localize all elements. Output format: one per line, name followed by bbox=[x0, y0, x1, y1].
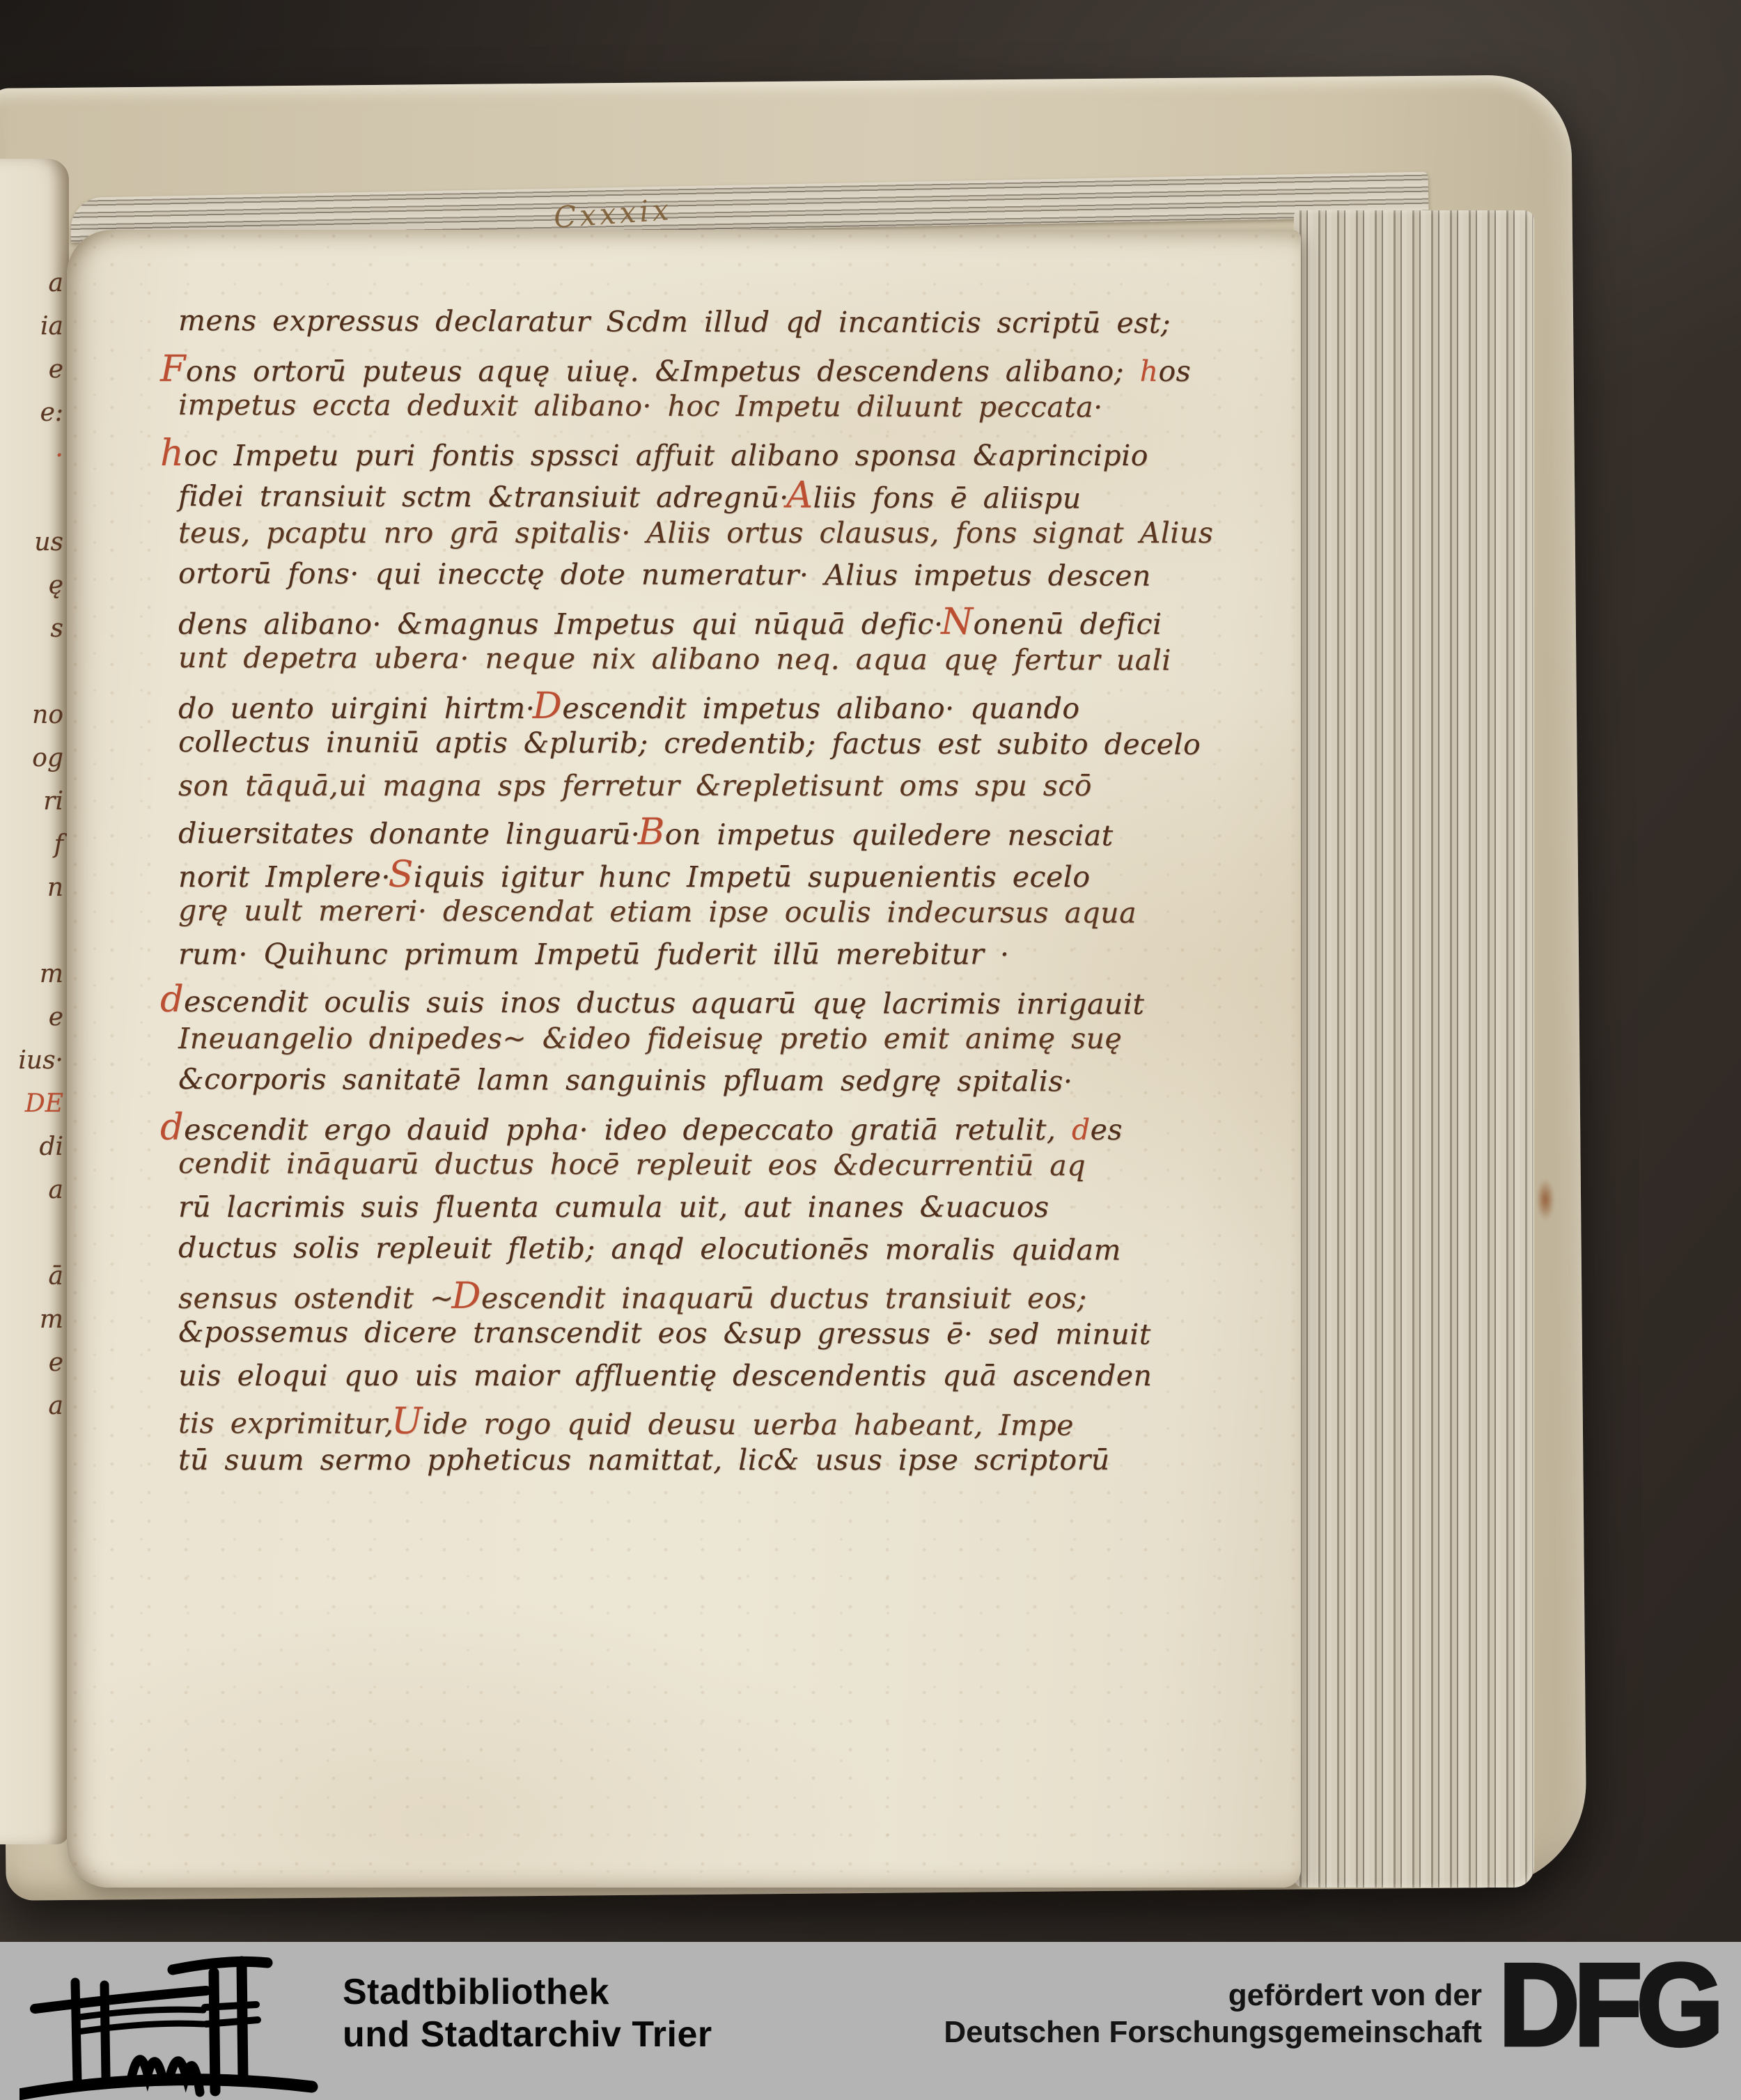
porta-nigra-logo bbox=[19, 1946, 347, 2100]
manuscript-line: son tāquā,ui magna sps ferretur &repleti… bbox=[178, 769, 1237, 811]
ink-text: escendit inaquarū ductus transiuit eos; bbox=[481, 1282, 1087, 1315]
left-page-fragment bbox=[0, 911, 63, 954]
funding-line2: Deutschen Forschungsgemeinschaft bbox=[944, 2014, 1482, 2051]
manuscript-line: descendit ergo dauid ppha· ideo depeccat… bbox=[178, 1106, 1237, 1149]
rubricated-text: B bbox=[638, 811, 665, 853]
left-page-fragment: n bbox=[0, 868, 63, 911]
manuscript-line: Fons ortorū puteus aquę uiuę. &Impetus d… bbox=[178, 348, 1237, 390]
ink-text: norit Implere· bbox=[178, 860, 406, 894]
manuscript-line: collectus inuniū aptis &plurib; credenti… bbox=[178, 725, 1237, 770]
credit-banner: Stadtbibliothek und Stadtarchiv Trier ge… bbox=[0, 1942, 1741, 2100]
left-page-fragment: ā bbox=[0, 1257, 63, 1300]
left-page-fragment: a bbox=[0, 1386, 63, 1429]
manuscript-line: do uento uirgini hirtm· Descendit impetu… bbox=[178, 685, 1237, 727]
rubricated-text: U bbox=[391, 1400, 423, 1442]
funding-credit: gefördert von der Deutschen Forschungsge… bbox=[944, 1977, 1482, 2051]
ink-text: oc Impetu puri fontis spssci affuit alib… bbox=[184, 439, 1148, 472]
ink-text: os bbox=[1158, 355, 1191, 388]
manuscript-text: mens expressus declaratur Scdm illud qd … bbox=[178, 305, 1237, 1485]
manuscript-line: uis eloqui quo uis maior affluentię desc… bbox=[178, 1359, 1237, 1401]
ink-text: collectus inuniū aptis &plurib; credenti… bbox=[178, 725, 1201, 761]
funding-line1: gefördert von der bbox=[944, 1977, 1482, 2014]
left-page-fragment: DE bbox=[0, 1084, 63, 1127]
ink-text: rum· Quihunc primum Impetū fuderit illū … bbox=[178, 938, 1009, 971]
rubricated-text: d bbox=[160, 978, 184, 1020]
manuscript-page: mens expressus declaratur Scdm illud qd … bbox=[67, 230, 1301, 1888]
manuscript-line: tis exprimitur, Uide rogo quid deusu uer… bbox=[178, 1399, 1237, 1444]
rubricated-text: N bbox=[941, 600, 973, 643]
ink-text: mens expressus declaratur Scdm illud qd … bbox=[178, 304, 1171, 340]
rubricated-text: d bbox=[1072, 1113, 1091, 1146]
manuscript-line: descendit oculis suis inos ductus aquarū… bbox=[178, 978, 1237, 1022]
library-name-line1: Stadtbibliothek bbox=[343, 1971, 712, 2014]
left-page-fragment: no bbox=[0, 695, 63, 738]
manuscript-line: tū suum sermo ppheticus namittat, lic& u… bbox=[178, 1443, 1237, 1486]
left-page-fragment: f bbox=[0, 825, 63, 868]
left-page-fragment: ę bbox=[0, 566, 63, 609]
left-page-fragment bbox=[0, 652, 63, 695]
ink-text: ons ortorū puteus aquę uiuę. &Impetus de… bbox=[186, 355, 1140, 388]
manuscript-line: fidei transiuit sctm &transiuit adregnū·… bbox=[178, 472, 1237, 517]
ink-text: es bbox=[1091, 1113, 1123, 1146]
ink-text: tis exprimitur, bbox=[178, 1406, 409, 1440]
left-page-fragment: e bbox=[0, 1343, 63, 1386]
manuscript-line: rum· Quihunc primum Impetū fuderit illū … bbox=[178, 938, 1237, 980]
left-page-fragment: e bbox=[0, 997, 63, 1041]
left-page-fragment bbox=[0, 479, 63, 522]
left-page-fragment: a bbox=[0, 1170, 63, 1213]
ink-text: escendit impetus alibano· quando bbox=[562, 692, 1079, 725]
rubricated-text: D bbox=[533, 685, 563, 727]
digitized-manuscript-photo: aiaee:·usęsnoogrifnmeius·DEdiaāmea mens … bbox=[0, 0, 1741, 2100]
ink-text: escendit ergo dauid ppha· ideo depeccato… bbox=[184, 1113, 1072, 1146]
ink-text: onenū defici bbox=[973, 607, 1162, 641]
ink-text: cendit ināquarū ductus hocē repleuit eos… bbox=[178, 1146, 1086, 1182]
left-page-fragment bbox=[0, 1213, 63, 1257]
ink-text: impetus eccta deduxit alibano· hoc Impet… bbox=[178, 388, 1103, 423]
ink-text: diuersitates donante linguarū· bbox=[178, 816, 656, 851]
manuscript-line: sensus ostendit ~ Descendit inaquarū duc… bbox=[178, 1275, 1237, 1317]
left-page-fragment: ia bbox=[0, 306, 63, 350]
cover-stain bbox=[1536, 1179, 1555, 1220]
ink-text: tū suum sermo ppheticus namittat, lic& u… bbox=[178, 1443, 1110, 1477]
library-name-line2: und Stadtarchiv Trier bbox=[343, 2014, 712, 2056]
ink-text: teus, pcaptu nro grā spitalis· Aliis ort… bbox=[178, 516, 1213, 550]
ink-text: liis fons ē aliispu bbox=[813, 481, 1082, 515]
left-page-fragment: m bbox=[0, 954, 63, 997]
library-name: Stadtbibliothek und Stadtarchiv Trier bbox=[343, 1971, 712, 2056]
rubricated-text: A bbox=[786, 474, 813, 516]
ink-text: rū lacrimis suis fluenta cumula uit, aut… bbox=[178, 1190, 1049, 1224]
ink-text: ortorū fons· qui inecctę dote numeratur·… bbox=[178, 557, 1151, 593]
manuscript-line: unt depetra ubera· neque nix alibano neq… bbox=[178, 641, 1237, 685]
ink-text: son tāquā,ui magna sps ferretur &repleti… bbox=[178, 769, 1092, 802]
ink-text: escendit oculis suis inos ductus aquarū … bbox=[184, 985, 1144, 1021]
ink-text: iquis igitur hunc Impetū supuenientis ec… bbox=[414, 860, 1091, 894]
manuscript-line: grę uult mereri· descendat etiam ipse oc… bbox=[178, 894, 1237, 938]
manuscript-line: impetus eccta deduxit alibano· hoc Impet… bbox=[178, 388, 1237, 433]
dfg-logo: DFG bbox=[1499, 1952, 1726, 2063]
rubricated-text: S bbox=[388, 853, 413, 896]
ink-text: &corporis sanitatē lamn sanguinis pfluam… bbox=[178, 1062, 1072, 1098]
rubricated-text: h bbox=[160, 432, 184, 474]
manuscript-line: Ineuangelio dnipedes~ &ideo fideisuę pre… bbox=[178, 1022, 1237, 1064]
ink-text: dens alibano· &magnus Impetus qui nūquā … bbox=[178, 607, 959, 641]
ink-text: ide rogo quid deusu uerba habeant, Impe bbox=[423, 1407, 1074, 1442]
left-page-fragment: us bbox=[0, 522, 63, 566]
rubricated-text: D bbox=[451, 1275, 481, 1317]
manuscript-line: ductus solis repleuit fletib; anqd elocu… bbox=[178, 1231, 1237, 1275]
ink-text: grę uult mereri· descendat etiam ipse oc… bbox=[178, 894, 1137, 930]
left-page-fragment: a bbox=[0, 263, 63, 306]
manuscript-line: dens alibano· &magnus Impetus qui nūquā … bbox=[178, 600, 1237, 643]
manuscript-line: cendit ināquarū ductus hocē repleuit eos… bbox=[178, 1146, 1237, 1191]
manuscript-line: hoc Impetu puri fontis spssci affuit ali… bbox=[178, 432, 1237, 474]
manuscript-line: ortorū fons· qui inecctę dote numeratur·… bbox=[178, 557, 1237, 601]
ink-text: on impetus quiledere nesciat bbox=[665, 818, 1114, 853]
ink-text: uis eloqui quo uis maior affluentię desc… bbox=[178, 1359, 1152, 1392]
left-page-fragment: di bbox=[0, 1127, 63, 1170]
ink-text: unt depetra ubera· neque nix alibano neq… bbox=[178, 641, 1171, 677]
left-page-fragment: e bbox=[0, 350, 63, 393]
rubricated-text: F bbox=[160, 348, 186, 390]
left-page-fragment: · bbox=[0, 436, 63, 479]
left-page-fragment: s bbox=[0, 609, 63, 652]
manuscript-line: norit Implere· Siquis igitur hunc Impetū… bbox=[178, 853, 1237, 896]
ink-text: fidei transiuit sctm &transiuit adregnū· bbox=[178, 479, 804, 514]
ink-text: sensus ostendit ~ bbox=[178, 1282, 469, 1315]
ink-text: &possemus dicere transcendit eos &sup gr… bbox=[178, 1315, 1151, 1351]
page-edges-fore-edge bbox=[1294, 210, 1534, 1888]
left-page-fragments: aiaee:·usęsnoogrifnmeius·DEdiaāmea bbox=[0, 263, 63, 1429]
left-page-fragment: og bbox=[0, 738, 63, 781]
manuscript-line: diuersitates donante linguarū· Bon impet… bbox=[178, 809, 1237, 854]
left-page-sliver: aiaee:·usęsnoogrifnmeius·DEdiaāmea bbox=[0, 159, 69, 1844]
manuscript-line: rū lacrimis suis fluenta cumula uit, aut… bbox=[178, 1190, 1237, 1233]
manuscript-line: teus, pcaptu nro grā spitalis· Aliis ort… bbox=[178, 516, 1237, 559]
manuscript-line: mens expressus declaratur Scdm illud qd … bbox=[178, 304, 1237, 348]
left-page-fragment: ri bbox=[0, 781, 63, 825]
ink-text: do uento uirgini hirtm· bbox=[178, 692, 551, 725]
manuscript-line: &possemus dicere transcendit eos &sup gr… bbox=[178, 1315, 1237, 1360]
manuscript-line: &corporis sanitatē lamn sanguinis pfluam… bbox=[178, 1062, 1237, 1107]
rubricated-text: d bbox=[160, 1106, 184, 1149]
rubricated-text: h bbox=[1140, 355, 1159, 388]
left-page-fragment: e: bbox=[0, 393, 63, 436]
left-page-fragment: m bbox=[0, 1300, 63, 1343]
left-page-fragment: ius· bbox=[0, 1041, 63, 1084]
ink-text: ductus solis repleuit fletib; anqd elocu… bbox=[178, 1231, 1121, 1267]
ink-text: Ineuangelio dnipedes~ &ideo fideisuę pre… bbox=[178, 1022, 1122, 1055]
